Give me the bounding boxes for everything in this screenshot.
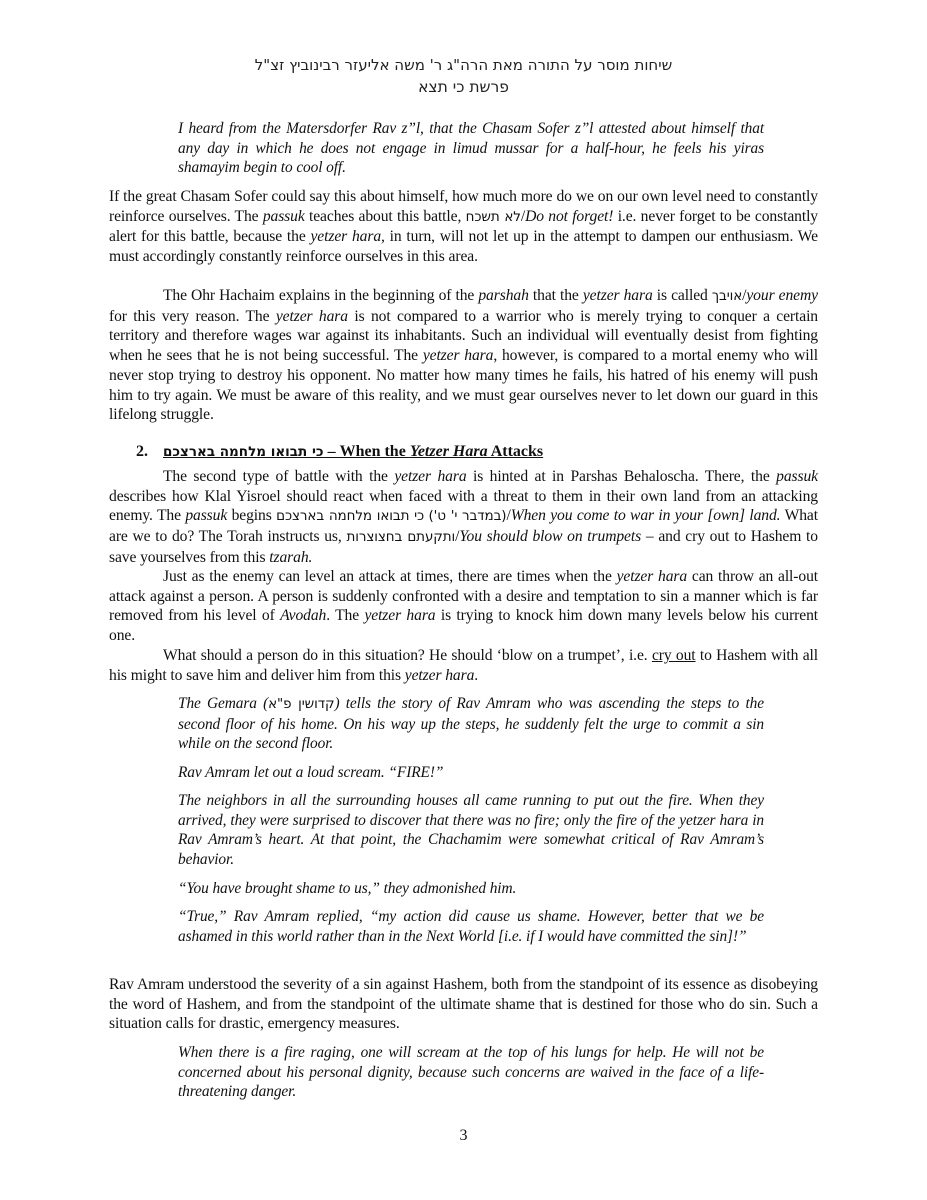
text-run: yetzer hara bbox=[583, 287, 653, 304]
document-page: שיחות מוסר על התורה מאת הרה"ג ר' משה אלי… bbox=[0, 0, 927, 1200]
text-run: Do not forget! bbox=[525, 208, 613, 225]
block-quote: Rav Amram let out a loud scream. “FIRE!” bbox=[178, 763, 764, 783]
text-run: yetzer hara bbox=[617, 568, 688, 585]
running-header-author: שיחות מוסר על התורה מאת הרה"ג ר' משה אלי… bbox=[0, 56, 927, 74]
text-run: The second type of battle with the bbox=[163, 468, 394, 485]
block-quote: “True,” Rav Amram replied, “my action di… bbox=[178, 907, 764, 946]
text-run: is hinted at in Parshas Behaloscha. Ther… bbox=[467, 468, 777, 485]
text-run: When you come to war in your [own] land. bbox=[511, 507, 781, 524]
paragraph: Rav Amram understood the severity of a s… bbox=[109, 975, 818, 1034]
section-number: 2. bbox=[136, 443, 163, 461]
text-run: The neighbors in all the surrounding hou… bbox=[178, 792, 764, 868]
text-run: passuk bbox=[185, 507, 227, 524]
text-run: yetzer hara bbox=[405, 667, 475, 684]
page-number: 3 bbox=[0, 1127, 927, 1145]
text-run: yetzer hara bbox=[276, 308, 348, 325]
paragraph: Just as the enemy can level an attack at… bbox=[109, 567, 818, 646]
text-run: The Ohr Hachaim explains in the beginnin… bbox=[163, 287, 478, 304]
block-quote: The neighbors in all the surrounding hou… bbox=[178, 791, 764, 870]
text-run: Rav Amram let out a loud scream. “FIRE!” bbox=[178, 764, 443, 781]
paragraph: What should a person do in this situatio… bbox=[109, 646, 818, 685]
hebrew-phrase: קדושין פ"א bbox=[268, 696, 334, 712]
text-run: . bbox=[474, 667, 478, 684]
hebrew-phrase: אויבך bbox=[712, 288, 742, 304]
text-run: begins bbox=[227, 507, 276, 524]
text-run: yetzer hara bbox=[423, 347, 494, 364]
block-quote: I heard from the Matersdorfer Rav z”l, t… bbox=[178, 119, 764, 178]
section-title-hebrew: כי תבואו מלחמה בארצכם bbox=[163, 444, 324, 460]
text-run: I heard from the Matersdorfer Rav z”l, t… bbox=[178, 120, 764, 176]
text-run: passuk bbox=[263, 208, 305, 225]
text-run: The Gemara ( bbox=[178, 695, 268, 712]
text-run: your enemy bbox=[746, 287, 818, 304]
text-run: for this very reason. The bbox=[109, 308, 276, 325]
text-run: Just as the enemy can level an attack at… bbox=[163, 568, 617, 585]
hebrew-phrase: לא תשכח bbox=[466, 209, 521, 225]
hebrew-phrase: כי תבואו מלחמה בארצכם bbox=[276, 508, 424, 524]
text-run: Rav Amram understood the severity of a s… bbox=[109, 976, 818, 1032]
text-run: parshah bbox=[478, 287, 528, 304]
text-run: yetzer hara bbox=[364, 607, 435, 624]
text-run: What should a person do in this situatio… bbox=[163, 647, 652, 664]
text-run: teaches about this battle, bbox=[305, 208, 466, 225]
paragraph: The Ohr Hachaim explains in the beginnin… bbox=[109, 286, 818, 425]
text-run: When there is a fire raging, one will sc… bbox=[178, 1044, 764, 1100]
block-quote: The Gemara (קדושין פ"א) tells the story … bbox=[178, 694, 764, 754]
text-run: yetzer hara, bbox=[310, 228, 384, 245]
paragraph: If the great Chasam Sofer could say this… bbox=[109, 187, 818, 267]
section-title: כי תבואו מלחמה בארצכם – When the Yetzer … bbox=[163, 443, 543, 460]
section-title-rest: Attacks bbox=[488, 443, 544, 460]
text-run: is called bbox=[653, 287, 712, 304]
section-heading: 2.כי תבואו מלחמה בארצכם – When the Yetze… bbox=[136, 443, 543, 461]
section-title-italic: Yetzer Hara bbox=[410, 443, 488, 460]
text-run: “You have brought shame to us,” they adm… bbox=[178, 880, 516, 897]
paragraph: The second type of battle with the yetze… bbox=[109, 467, 818, 568]
text-run: You should blow on trumpets bbox=[459, 528, 641, 545]
text-run: Avodah bbox=[280, 607, 326, 624]
block-quote: “You have brought shame to us,” they adm… bbox=[178, 879, 764, 899]
section-title-text: – When the bbox=[324, 443, 410, 460]
text-run: . The bbox=[326, 607, 364, 624]
text-run: cry out bbox=[652, 647, 696, 664]
text-run: that the bbox=[529, 287, 583, 304]
text-run: yetzer hara bbox=[394, 468, 466, 485]
hebrew-phrase: (במדבר י' ט') bbox=[429, 508, 507, 524]
running-header-parsha: פרשת כי תצא bbox=[0, 78, 927, 96]
text-run: tzarah. bbox=[269, 549, 312, 566]
block-quote: When there is a fire raging, one will sc… bbox=[178, 1043, 764, 1102]
hebrew-phrase: ותקעתם בחצוצרות bbox=[346, 529, 455, 545]
text-run: “True,” Rav Amram replied, “my action di… bbox=[178, 908, 764, 945]
text-run: passuk bbox=[776, 468, 818, 485]
